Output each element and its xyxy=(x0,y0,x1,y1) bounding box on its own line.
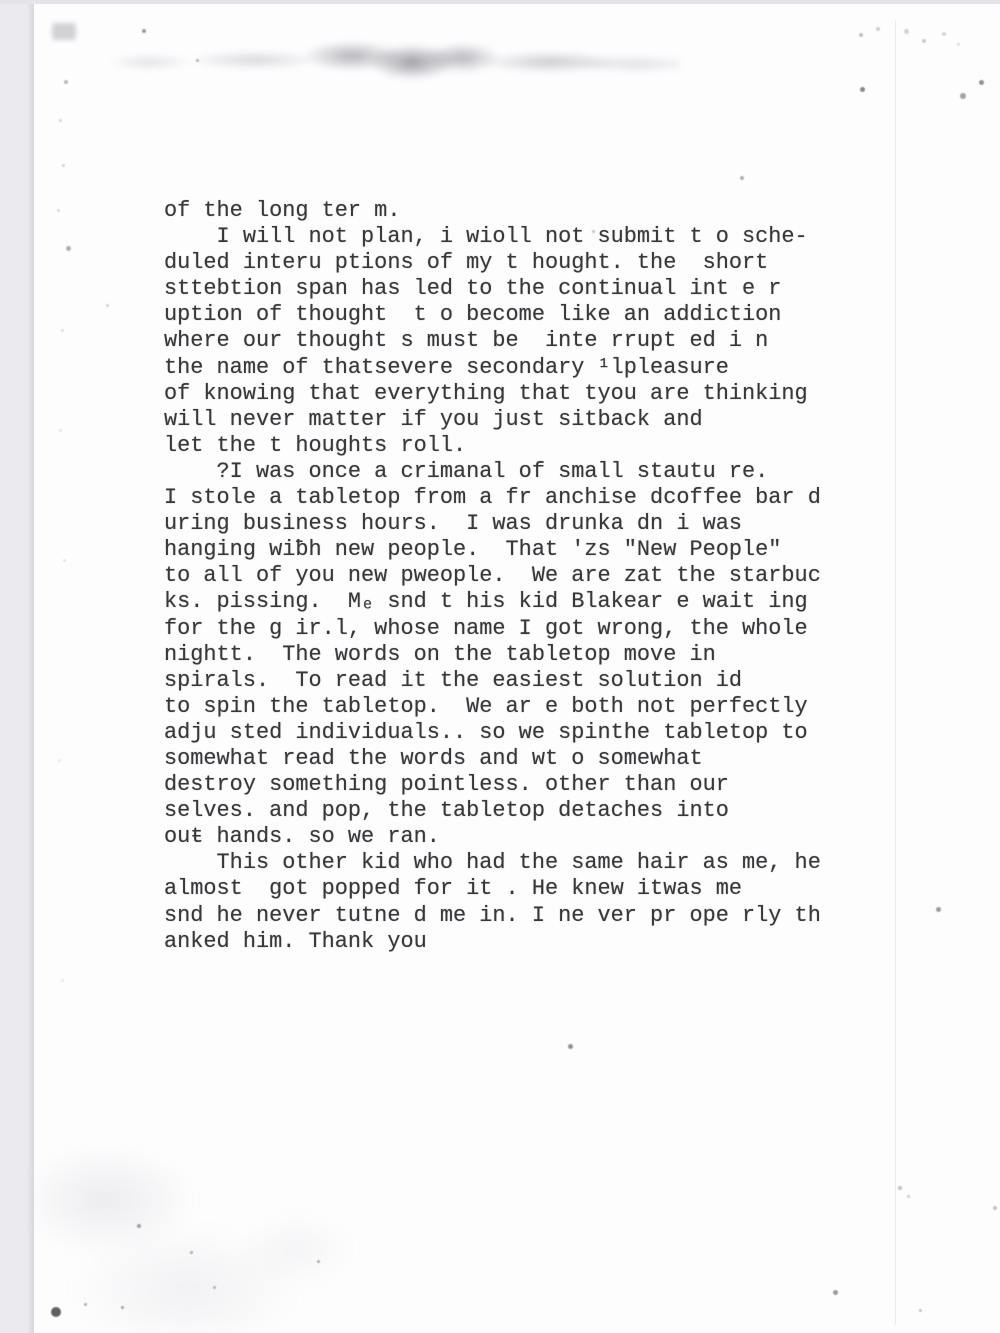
corner-ink-smudge xyxy=(52,23,76,40)
ink-speck xyxy=(57,209,60,212)
ink-speck xyxy=(898,1186,902,1190)
ink-speck xyxy=(62,164,65,167)
ink-speck xyxy=(84,1303,87,1306)
ink-speck xyxy=(942,32,946,36)
ink-speck xyxy=(137,1224,141,1228)
ink-speck xyxy=(936,907,941,912)
ink-speck xyxy=(51,1307,61,1317)
ink-speck xyxy=(957,43,960,46)
ink-speck xyxy=(568,1044,573,1049)
ink-speck xyxy=(63,559,66,562)
ink-speck xyxy=(859,33,863,37)
ink-speck xyxy=(960,93,966,99)
scan-edge-top xyxy=(0,0,1000,4)
ink-speck xyxy=(64,80,68,84)
ink-speck xyxy=(860,87,865,92)
ink-speck xyxy=(66,246,71,251)
typed-text: of the long ter m. I will not plan, i wi… xyxy=(164,198,821,955)
ink-speck xyxy=(740,176,744,180)
top-ink-smudge xyxy=(90,34,680,86)
ink-speck xyxy=(922,39,926,43)
ink-speck xyxy=(833,1290,838,1295)
scanned-document-page: of the long ter m. I will not plan, i wi… xyxy=(0,0,1000,1333)
ink-speck xyxy=(61,979,64,982)
ink-speck xyxy=(61,329,64,332)
ink-speck xyxy=(142,29,146,33)
ink-speck xyxy=(919,1309,922,1312)
scan-gutter-left xyxy=(0,0,34,1333)
ink-speck xyxy=(59,429,62,432)
ink-speck xyxy=(106,304,109,307)
ink-speck xyxy=(876,27,880,31)
ink-speck xyxy=(907,1195,910,1198)
ink-speck xyxy=(213,1286,216,1289)
ink-speck xyxy=(121,1306,124,1309)
ink-speck xyxy=(904,29,909,34)
photocopy-edge-line xyxy=(895,20,896,1325)
ink-speck xyxy=(317,1260,320,1263)
ink-speck xyxy=(979,80,984,85)
ink-speck xyxy=(59,119,62,122)
ink-speck xyxy=(196,59,199,62)
ink-speck xyxy=(190,1251,193,1254)
ink-speck xyxy=(58,759,61,762)
ink-speck xyxy=(993,1206,997,1210)
